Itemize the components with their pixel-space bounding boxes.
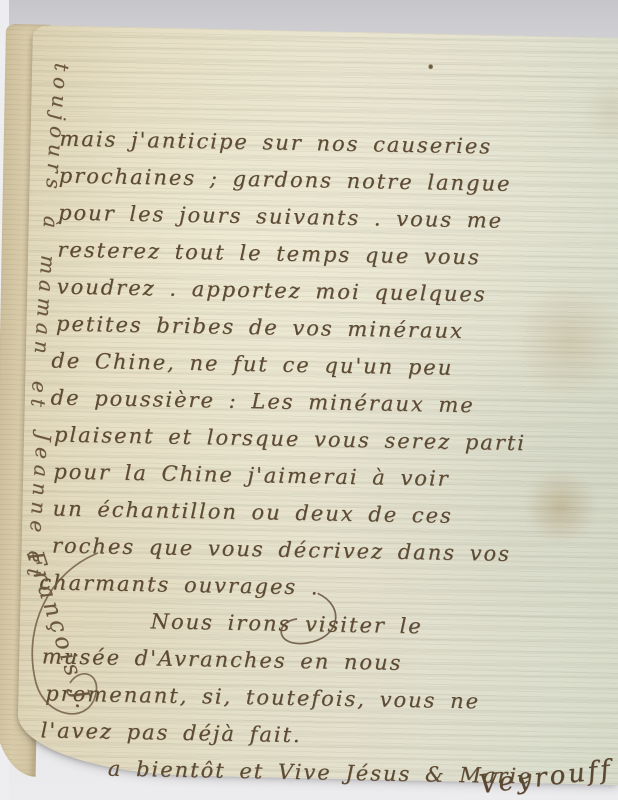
letter-body: mais j'anticipe sur nos causeries procha…	[48, 121, 618, 797]
letter-photograph: mais j'anticipe sur nos causeries procha…	[0, 0, 618, 800]
letter-sheet: mais j'anticipe sur nos causeries procha…	[17, 25, 618, 785]
